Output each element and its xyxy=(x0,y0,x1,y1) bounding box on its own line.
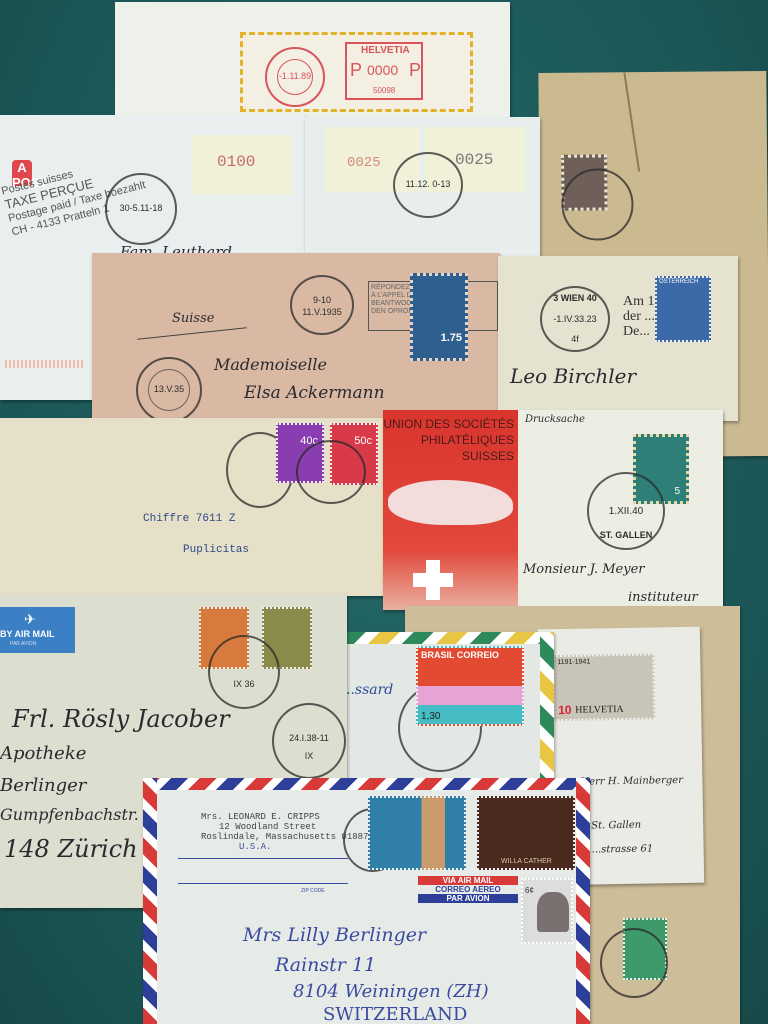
stamp-day-postmark: 1.XII.40 ST. GALLEN xyxy=(587,472,665,550)
handwritten-salutation: Mademoiselle xyxy=(214,355,327,374)
handwritten-addressee: Monsieur J. Meyer xyxy=(523,562,644,577)
stamp-usa-willa-cather: WILLA CATHER xyxy=(477,796,575,870)
bruxelles-cover: 9-10 11.V.1935 RÉPONDEZ A L'APPEL DE L'H… xyxy=(92,253,500,423)
meter-letter-left: P xyxy=(350,60,362,81)
stamp-usa-roosevelt: 6¢ xyxy=(521,878,573,944)
typed-addressee: Puplicitas xyxy=(183,544,249,556)
stamp-usa-8-blue xyxy=(368,796,466,870)
address-line xyxy=(178,883,348,884)
atm-value: 0100 xyxy=(217,153,255,171)
wien-postmark: 3 WIEN 40 -1.IV.33.23 4f xyxy=(540,286,610,352)
meter-value: 0000 xyxy=(367,62,398,78)
philatelic-card: UNION DES SOCIÉTÉS PHILATÉLIQUES SUISSES… xyxy=(383,410,723,610)
portrait xyxy=(537,892,569,932)
meter-stamp: HELVETIA P 0000 P 50098 xyxy=(345,42,423,100)
postmark xyxy=(561,168,634,241)
bruxelles-postmark: 9-10 11.V.1935 xyxy=(290,275,354,335)
handwritten-name: Leo Birchler xyxy=(510,364,636,388)
atm-label: 0100 xyxy=(192,135,292,195)
stamp-helvetia-750: 10 HELVETIA 1191-1941 xyxy=(552,653,655,721)
panel-title-text: UNION DES SOCIÉTÉS PHILATÉLIQUES SUISSES xyxy=(383,416,514,464)
typed-reference: Chiffre 7611 Z xyxy=(143,513,235,525)
helvetia-meter-cover: -1.11.89 HELVETIA P 0000 P 50098 xyxy=(115,2,510,122)
meter-number: 50098 xyxy=(373,86,395,95)
wien-cover: 3 WIEN 40 -1.IV.33.23 4f Am 10 April der… xyxy=(498,256,738,421)
handwritten-name: Elsa Ackermann xyxy=(244,383,385,403)
airmail-border xyxy=(346,632,554,644)
stamp-austria-blue: ÖSTERREICH xyxy=(655,276,711,342)
pratteln-postmark: 30-5.11-18 xyxy=(105,173,177,245)
palestine-postmark: IX 36 xyxy=(208,635,280,709)
meter-postmark: -1.11.89 xyxy=(265,47,325,107)
france-postmark-2 xyxy=(296,440,366,504)
brasil-fragment: BRASIL CORREIO 1,30 ..ssard xyxy=(346,632,554,792)
handwritten-country: Suisse xyxy=(172,311,214,326)
stamp-brasil-130: BRASIL CORREIO 1,30 xyxy=(416,646,524,726)
address-line xyxy=(178,858,348,859)
peterzell-postmark: 13.V.35 xyxy=(136,357,202,423)
airmail-border-right xyxy=(576,778,590,1024)
atm-pair-cover: 0025 0025 11.12. 0-13 xyxy=(305,117,540,257)
dove-illustration xyxy=(388,480,513,525)
meter-country: HELVETIA xyxy=(361,45,410,56)
airmail-label: ✈ BY AIR MAIL PAR AVION xyxy=(0,607,75,653)
via-air-mail-label: VIA AIR MAIL CORREO AEREO PAR AVION xyxy=(418,876,518,916)
france-cover: 40c 50c Chiffre 7611 Z Puplicitas xyxy=(0,418,390,596)
pink-footer-text xyxy=(5,360,85,368)
airmail-border-right xyxy=(540,632,554,792)
airmail-border-left xyxy=(143,778,157,1024)
underline xyxy=(137,327,247,339)
paper-crease xyxy=(623,73,640,172)
usa-airmail-cover: Mrs. LEONARD E. CRIPPS 12 Woodland Stree… xyxy=(143,778,590,1024)
zip-label: ZIP CODE xyxy=(301,888,325,894)
postmark xyxy=(600,928,668,998)
meter-letter-right: P xyxy=(409,60,421,81)
wing-icon: ✈ xyxy=(24,611,36,628)
printed-matter-label: Drucksache xyxy=(525,414,585,425)
swiss-cross xyxy=(413,560,453,600)
airmail-border-top xyxy=(143,778,590,790)
handwritten-title: instituteur xyxy=(628,590,698,605)
glarus-postmark: 24.I.38-11 IX xyxy=(272,703,346,779)
stamp-belgium-175: 1.75 xyxy=(410,273,468,361)
luzern-postmark: 11.12. 0-13 xyxy=(393,152,463,218)
